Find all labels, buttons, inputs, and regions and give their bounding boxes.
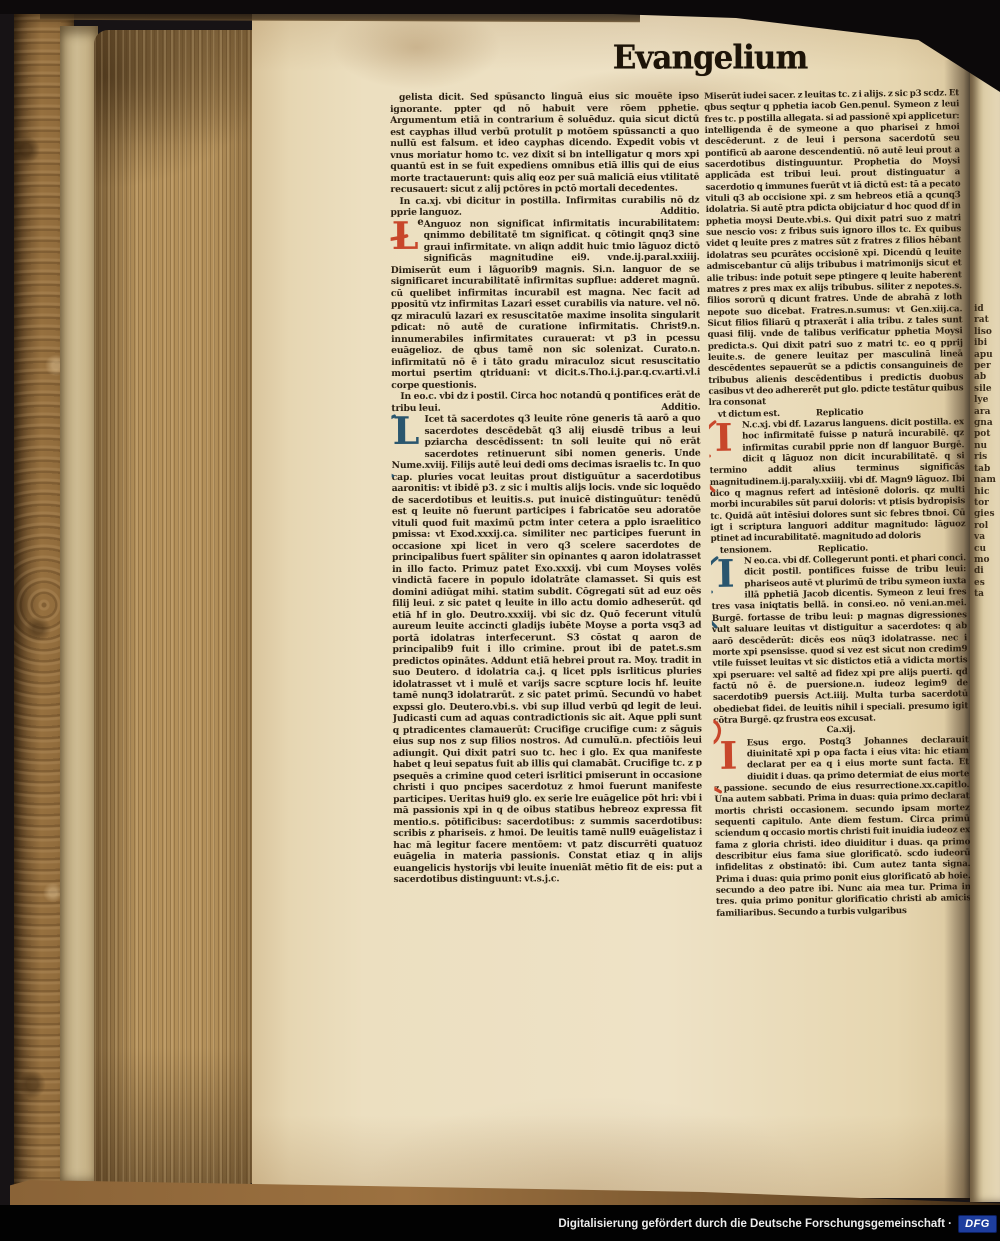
rubric-text: In eo.c. vbi dz i postil. Circa hoc nota… (391, 390, 700, 414)
book-scan-photo: Evangelium gelista dicit. Sed spūsancto … (0, 0, 1000, 1241)
text-paragraph: IEsus ergo. Postq3 Johannes declarauit d… (714, 735, 972, 920)
illuminated-initial: I (711, 558, 741, 592)
text-paragraph: IN eo.ca. vbi df. Collegerunt ponti. et … (711, 553, 968, 727)
text-column-left: gelista dicit. Sed spūsancto linguā eius… (390, 91, 703, 1016)
funding-caption-text: Digitalisierung gefördert durch die Deut… (558, 1218, 952, 1230)
text-paragraph: Miserūt iudei sacer. z leuitas tc. z i a… (704, 88, 964, 409)
text-paragraph: LIcet tā sacerdotes q3 leuite rōne gener… (391, 413, 702, 886)
illuminated-initial: L (391, 415, 420, 449)
rubric-line: In eo.c. vbi dz i postil. Circa hoc nota… (391, 390, 700, 414)
rubric-tag: Replicatio (816, 407, 864, 419)
inner-cover-parchment (60, 26, 98, 1188)
text-column-right: Miserūt iudei sacer. z leuitas tc. z i a… (704, 88, 973, 1016)
rubric-tag: Additio. (660, 206, 699, 218)
rubric-tag: Replicatio. (818, 543, 868, 555)
rubric-text: In ca.xj. vbi dicitur in postilla. Infir… (391, 194, 700, 218)
page-heading: Evangelium (590, 39, 830, 77)
photo-background-bottom: Digitalisierung gefördert durch die Deut… (0, 1205, 1000, 1241)
illuminated-initial: I (714, 739, 744, 773)
illuminated-initial: Le (391, 219, 420, 253)
funding-caption: Digitalisierung gefördert durch die Deut… (558, 1215, 997, 1233)
text-paragraph: LeAnguoz non significat infirmitatis inc… (391, 217, 701, 391)
facing-page-text-fragment: id rat liso ibi apu per ab sile lye ara … (970, 304, 1000, 601)
illuminated-initial: I (709, 422, 739, 456)
dfg-logo: DFG (958, 1215, 997, 1233)
facing-page-sliver: id rat liso ibi apu per ab sile lye ara … (970, 58, 1000, 1202)
rubric-tag: Additio. (661, 401, 700, 413)
text-paragraph: IN.c.xj. vbi df. Lazarus languens. dicit… (709, 417, 966, 546)
pen-flourish-icon (390, 414, 405, 480)
text-paragraph: gelista dicit. Sed spūsancto linguā eius… (390, 91, 699, 196)
fore-edge-page-stack (94, 30, 260, 1186)
rubric-line: In ca.xj. vbi dicitur in postilla. Infir… (390, 194, 699, 218)
guide-letter: e (417, 217, 423, 227)
